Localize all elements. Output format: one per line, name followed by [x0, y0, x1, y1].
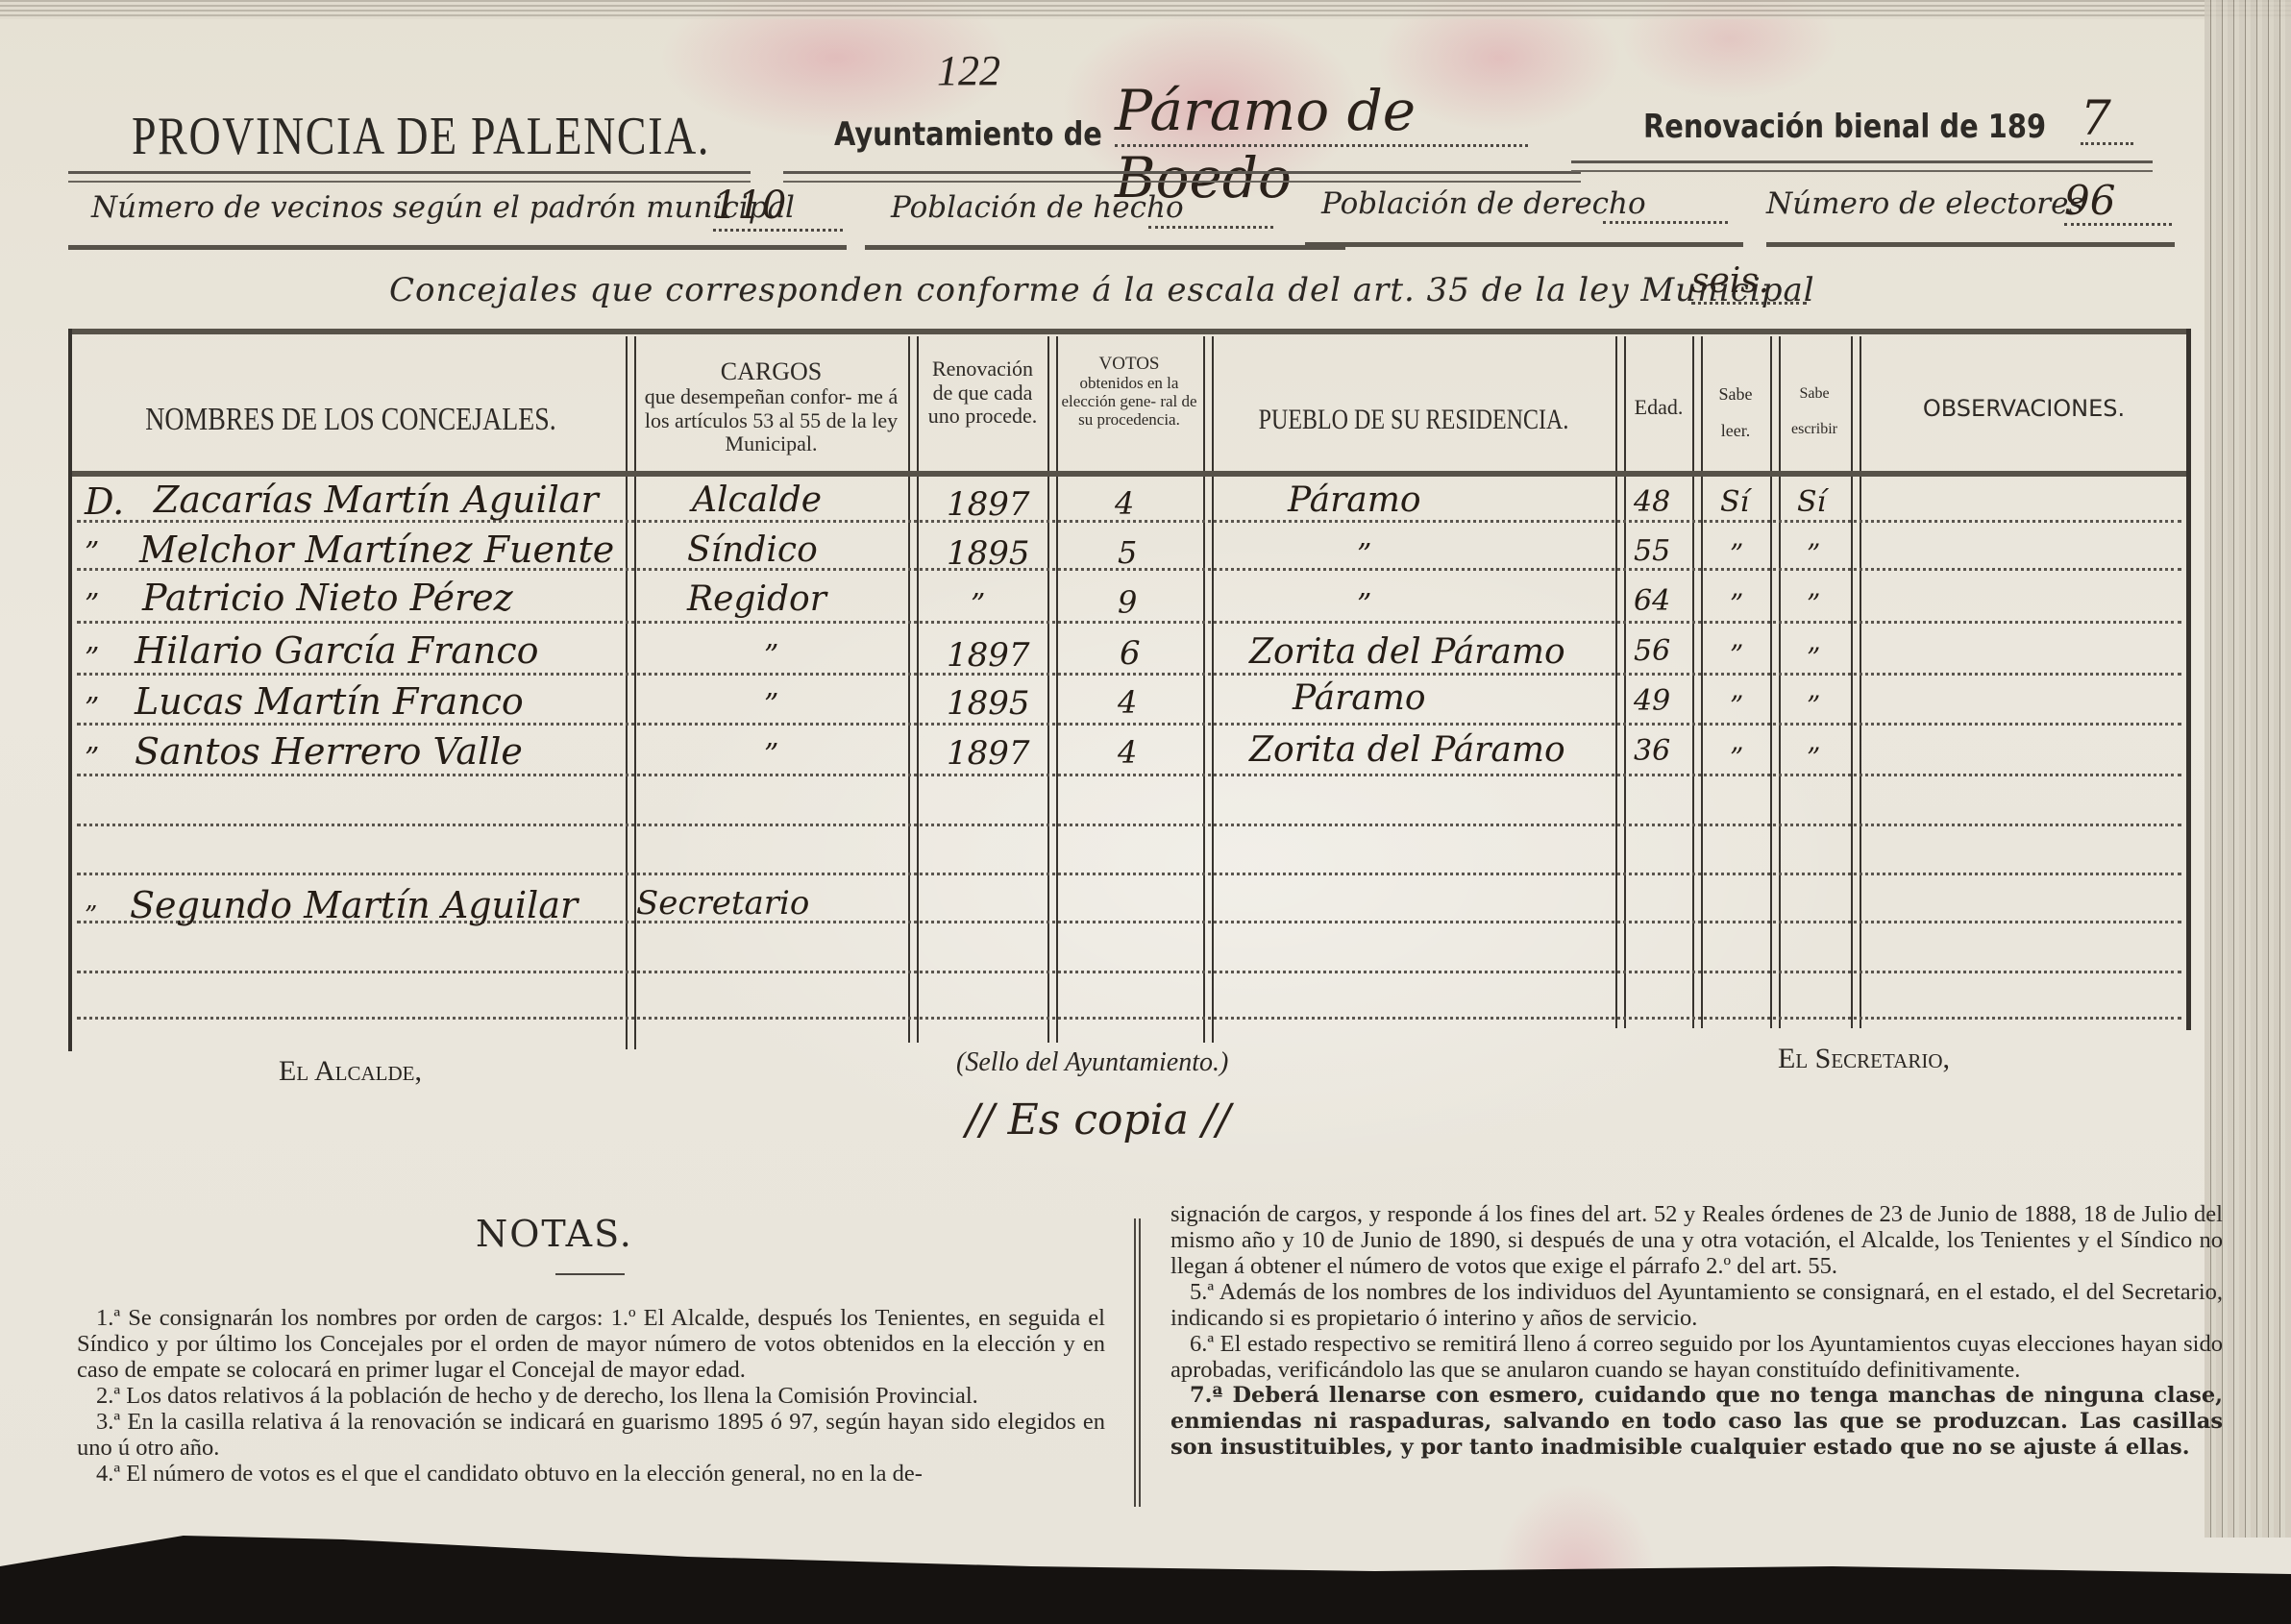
row-1-votos: 5	[1118, 534, 1137, 571]
row-4-name: Lucas Martín Franco	[135, 680, 524, 723]
note-5: 5.ª Además de los nombres de los individ…	[1170, 1279, 2223, 1331]
row-4-votos: 4	[1118, 684, 1137, 721]
poblacion-derecho-value	[1603, 211, 1728, 224]
row-0-name: Zacarías Martín Aguilar	[154, 479, 599, 521]
col-header-edad: Edad.	[1624, 396, 1693, 420]
row-4-renovacion: 1895	[947, 684, 1030, 723]
notes-right-column: signación de cargos, y responde á los fi…	[1170, 1201, 2223, 1461]
row-0-leer: Sí	[1720, 485, 1749, 519]
row-0-cargo: Alcalde	[692, 480, 822, 520]
row-1-renovacion: 1895	[947, 534, 1030, 573]
col-header-renovacion: Renovación de que cada uno procede.	[918, 357, 1047, 429]
row-line	[77, 774, 2181, 776]
col-header-cargos: CARGOS que desempeñan confor- me á los a…	[634, 357, 908, 456]
row-0-pueblo: Páramo	[1288, 480, 1421, 520]
electores-label: Número de electores	[1766, 186, 2083, 221]
row-5-escribir: ”	[1807, 742, 1820, 774]
sello-label: (Sello del Ayuntamiento.)	[956, 1047, 1228, 1078]
poblacion-derecho-label: Población de derecho	[1321, 186, 1646, 221]
table-header-bottom-border	[72, 471, 2186, 477]
row-line	[77, 673, 2181, 676]
row-4-prefix: ”	[85, 692, 99, 726]
col-header-renovacion-sub: de que cada uno procede.	[918, 381, 1047, 429]
row-3-prefix: ”	[85, 642, 99, 676]
row-3-cargo: ”	[764, 639, 778, 673]
electores-value: 96	[2064, 179, 2172, 226]
col-header-sabe-leer-title: Sabe	[1701, 377, 1770, 413]
col-header-cargos-title: CARGOS	[634, 357, 908, 385]
row-line	[77, 873, 2181, 875]
row-2-leer: ”	[1730, 588, 1743, 620]
col-sep-8	[1851, 336, 1861, 1028]
row-3-votos: 6	[1120, 634, 1141, 673]
vecinos-label: Número de vecinos según el padrón munici…	[91, 190, 795, 225]
row-3-escribir: ”	[1807, 642, 1820, 674]
col-sep-3	[1047, 336, 1058, 1043]
note-3: 3.ª En la casilla relativa á la renovaci…	[77, 1409, 1105, 1461]
table-left-border	[68, 329, 72, 1051]
row-2-prefix: ”	[85, 588, 99, 622]
notes-title-rule	[555, 1273, 625, 1275]
row-1-edad: 55	[1634, 534, 1670, 568]
stats-divider-1	[68, 245, 847, 250]
row-1-leer: ”	[1730, 538, 1743, 570]
row-line	[77, 971, 2181, 973]
row-5-edad: 36	[1634, 734, 1670, 768]
page-bottom-shadow	[0, 1528, 2291, 1624]
table-right-border	[2186, 329, 2191, 1030]
col-header-sabe-escribir: Sabe escribir	[1778, 377, 1851, 448]
poblacion-hecho-label: Población de hecho	[891, 190, 1184, 225]
col-sep-2	[908, 336, 919, 1043]
col-header-observaciones: OBSERVACIONES.	[1860, 396, 2187, 422]
ayuntamiento-label: Ayuntamiento de	[834, 115, 1102, 154]
col-header-pueblo: PUEBLO DE SU RESIDENCIA.	[1253, 404, 1574, 436]
row-1-escribir: ”	[1807, 538, 1820, 570]
row-5-prefix: ”	[85, 742, 99, 775]
notes-column-divider	[1134, 1218, 1141, 1507]
concejales-value: seis.	[1691, 261, 1807, 305]
row-5-name: Santos Herrero Valle	[135, 730, 523, 773]
col-header-votos: VOTOS obtenidos en la elección gene- ral…	[1057, 354, 1201, 429]
vecinos-value: 110	[713, 183, 843, 232]
col-header-sabe-leer: Sabe leer.	[1701, 377, 1770, 450]
row-4-leer: ”	[1730, 690, 1743, 722]
row-5-cargo: ”	[764, 738, 778, 772]
poblacion-hecho-value	[1148, 216, 1273, 229]
row-0-prefix: D.	[85, 480, 124, 523]
row-1-name: Melchor Martínez Fuente	[139, 529, 614, 571]
col-header-sabe-escribir-title: Sabe	[1778, 377, 1851, 412]
note-2: 2.ª Los datos relativos á la población d…	[77, 1383, 1105, 1409]
folio-number: 122	[937, 46, 1000, 95]
col-header-observaciones-title: OBSERVACIONES.	[1923, 395, 2125, 422]
col-header-edad-title: Edad.	[1635, 395, 1684, 419]
row-5-pueblo: Zorita del Páramo	[1249, 730, 1565, 770]
title-divider-mid	[783, 171, 1581, 183]
stats-divider-3	[1305, 242, 1743, 247]
stats-divider-2	[865, 245, 1345, 250]
row-8-name: Segundo Martín Aguilar	[130, 884, 578, 926]
col-sep-4	[1203, 336, 1214, 1043]
row-3-renovacion: 1897	[947, 636, 1030, 675]
row-8-cargo: Secretario	[636, 884, 809, 923]
col-header-votos-sub: obtenidos en la elección gene- ral de su…	[1057, 374, 1201, 429]
col-header-cargos-sub: que desempeñan confor- me á los artículo…	[634, 385, 908, 456]
row-1-cargo: Síndico	[687, 530, 818, 570]
row-line	[77, 723, 2181, 726]
row-0-votos: 4	[1115, 485, 1134, 522]
row-line	[77, 621, 2181, 624]
concejales-label: Concejales que corresponden conforme á l…	[389, 271, 1815, 309]
renovacion-year-digit: 7	[2081, 94, 2133, 145]
row-0-renovacion: 1897	[947, 485, 1030, 524]
renovacion-label: Renovación bienal de 189	[1643, 108, 2046, 146]
row-5-leer: ”	[1730, 742, 1743, 774]
row-3-edad: 56	[1634, 634, 1670, 668]
table-top-border	[68, 329, 2190, 334]
row-0-escribir: Sí	[1797, 485, 1826, 519]
note-1: 1.ª Se consignarán los nombres por orden…	[77, 1305, 1105, 1383]
col-sep-5	[1615, 336, 1626, 1028]
stats-divider-4	[1766, 242, 2175, 247]
secretario-signature-label: El Secretario,	[1778, 1043, 1950, 1075]
row-1-pueblo: ”	[1357, 538, 1371, 572]
title-divider-left	[68, 171, 751, 183]
col-header-nombres: NOMBRES DE LOS CONCEJALES.	[126, 402, 575, 438]
row-5-renovacion: 1897	[947, 734, 1030, 773]
province-title: PROVINCIA DE PALENCIA.	[132, 106, 710, 167]
row-2-name: Patricio Nieto Pérez	[142, 577, 513, 619]
row-2-votos: 9	[1118, 584, 1137, 621]
document-page: 122 PROVINCIA DE PALENCIA. Ayuntamiento …	[0, 0, 2291, 1624]
row-2-pueblo: ”	[1357, 588, 1371, 622]
row-4-cargo: ”	[764, 688, 778, 722]
row-3-leer: ”	[1730, 639, 1743, 671]
row-5-votos: 4	[1118, 734, 1137, 771]
row-2-escribir: ”	[1807, 588, 1820, 620]
col-header-renovacion-title: Renovación	[918, 357, 1047, 381]
row-4-escribir: ”	[1807, 690, 1820, 722]
row-3-pueblo: Zorita del Páramo	[1249, 632, 1565, 672]
note-7: 7.ª Deberá llenarse con esmero, cuidando…	[1170, 1383, 2223, 1461]
col-header-sabe-leer-sub: leer.	[1701, 413, 1770, 450]
row-line	[77, 1017, 2181, 1020]
ayuntamiento-value: Páramo de Boedo	[1115, 77, 1528, 147]
title-divider-right	[1571, 160, 2153, 172]
note-4-continued: signación de cargos, y responde á los fi…	[1170, 1201, 2223, 1279]
row-8-prefix: ”	[85, 901, 97, 930]
row-2-edad: 64	[1634, 584, 1670, 618]
es-copia-annotation: // Es copia //	[966, 1095, 1231, 1144]
row-4-pueblo: Páramo	[1293, 678, 1426, 718]
row-0-edad: 48	[1634, 485, 1670, 519]
notes-left-column: 1.ª Se consignarán los nombres por orden…	[77, 1305, 1105, 1487]
row-4-edad: 49	[1634, 684, 1670, 718]
row-3-name: Hilario García Franco	[135, 629, 539, 672]
col-header-votos-title: VOTOS	[1057, 354, 1201, 374]
row-2-renovacion: ”	[971, 588, 985, 622]
col-header-nombres-title: NOMBRES DE LOS CONCEJALES.	[145, 402, 556, 437]
row-1-prefix: ”	[85, 536, 99, 570]
page-top-edge	[0, 0, 2291, 19]
row-2-cargo: Regidor	[687, 579, 826, 619]
col-header-sabe-escribir-sub: escribir	[1778, 412, 1851, 448]
note-4: 4.ª El número de votos es el que el cand…	[77, 1461, 1105, 1487]
row-line	[77, 824, 2181, 826]
col-header-pueblo-title: PUEBLO DE SU RESIDENCIA.	[1259, 404, 1569, 435]
alcalde-signature-label: El Alcalde,	[279, 1055, 422, 1088]
notes-title: NOTAS.	[476, 1213, 633, 1255]
note-6: 6.ª El estado respectivo se remitirá lle…	[1170, 1331, 2223, 1383]
